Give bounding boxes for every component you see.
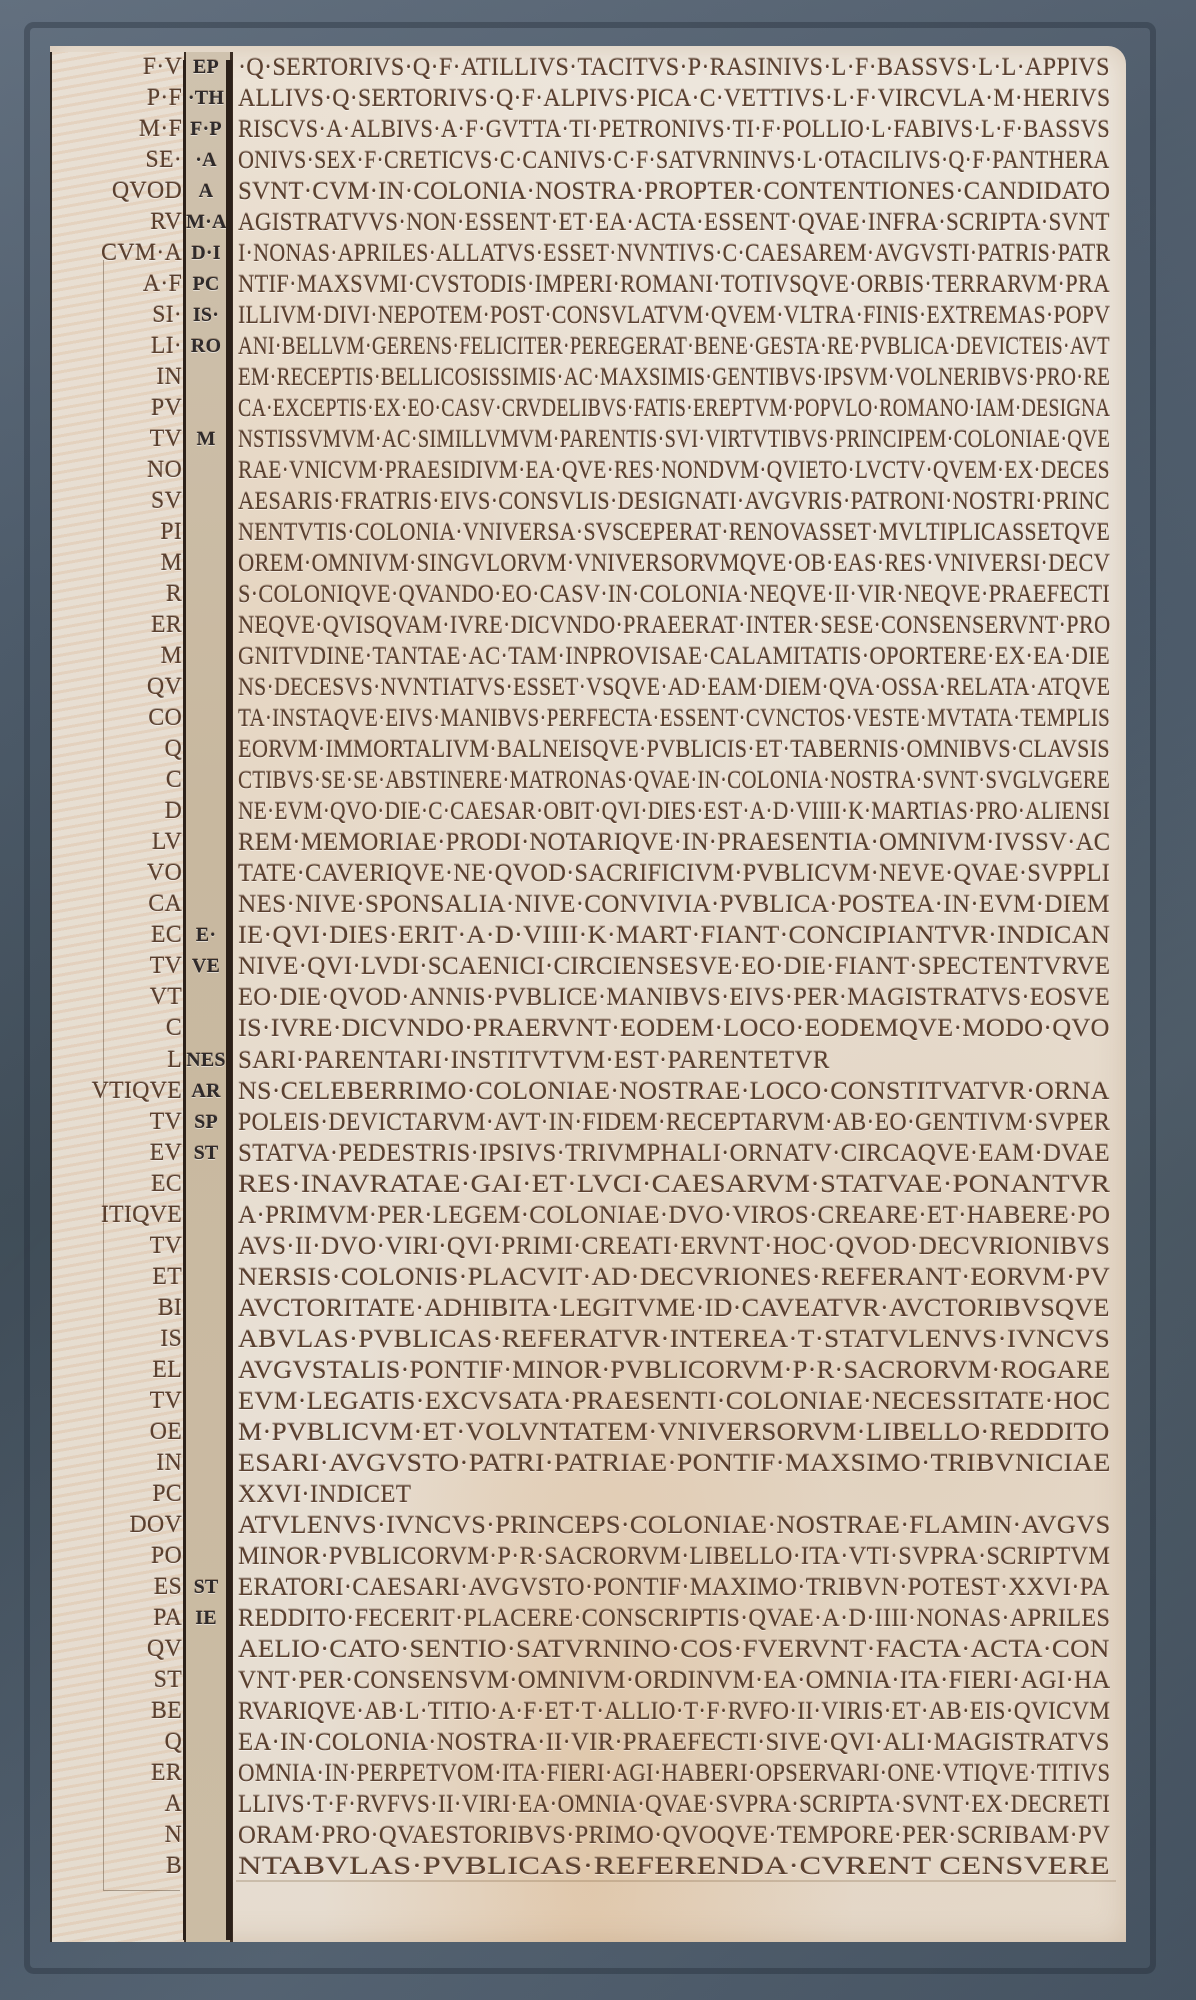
inscription-line [186,1386,226,1417]
inscription-line: AVCTORITATE·ADHIBITA·LEGITVME·ID·CAVEATV… [238,1293,1163,1324]
inscription-line [186,1324,226,1355]
inscription-body: ·Q·SERTORIVS·Q·F·ATILLIVS·TACITVS·P·RASI… [238,52,1118,1882]
inscription-line: SVNT·CVM·IN·COLONIA·NOSTRA·PROPTER·CONTE… [238,176,1114,207]
inscription-line: CVM·A [62,238,182,269]
inscription-line [186,1013,226,1044]
inscription-line: REDDITO·FECERIT·PLACERE·CONSCRIPTIS·QVAE… [238,1603,1098,1634]
inscription-line: ERATORI·CAESARI·AVGVSTO·PONTIF·MAXIMO·TR… [238,1572,1112,1603]
inscription-line: P·F [62,83,182,114]
inscription-line: A·F [62,269,182,300]
inscription-line: ST [186,1138,226,1169]
inscription-line: PI [62,517,182,548]
inscription-line: TV [62,1231,182,1262]
inscription-line [186,889,226,920]
inscription-line: AGISTRATVVS·NON·ESSENT·ET·EA·ACTA·ESSENT… [238,207,1053,238]
inscription-line: OE [62,1417,182,1448]
inscription-line: TATE·CAVERIQVE·NE·QVOD·SACRIFICIVM·PVBLI… [238,858,1099,889]
inscription-line: EC [62,920,182,951]
inscription-line: RAE·VNICVM·PRAESIDIVM·EA·QVE·RES·NONDVM·… [238,455,996,486]
inscription-line: TV [62,1386,182,1417]
inscription-line: EVM·LEGATIS·EXCVSATA·PRAESENTI·COLONIAE·… [238,1386,1172,1417]
inscription-line: AR [186,1076,226,1107]
inscription-line: D [62,796,182,827]
inscription-line: C [62,765,182,796]
inscription-line [186,1169,226,1200]
inscription-line: R [62,579,182,610]
inscription-line: NIVE·QVI·LVDI·SCAENICI·CIRCIENSESVE·EO·D… [238,951,1120,982]
inscription-line: NE·EVM·QVO·DIE·C·CAESAR·OBIT·QVI·DIES·ES… [238,796,996,827]
inscription-line: NTABVLAS·PVBLICAS·REFERENDA·CVRENT CENSV… [238,1851,1196,1882]
inscription-line [186,517,226,548]
inscription-line: LV [62,827,182,858]
inscription-line: Q [62,1727,182,1758]
inscription-line: REM·MEMORIAE·PRODI·NOTARIQVE·IN·PRAESENT… [238,827,1110,858]
bottom-ruled-line [236,1880,1116,1882]
inscription-line [186,610,226,641]
inscription-line: PC [62,1479,182,1510]
inscription-line [186,641,226,672]
inscription-line: NS·DECESVS·NVNTIATVS·ESSET·VSQVE·AD·EAM·… [238,672,1012,703]
inscription-line [186,1262,226,1293]
inscription-line: AESARIS·FRATRIS·EIVS·CONSVLIS·DESIGNATI·… [238,486,1031,517]
strip-text: EP·THF·P·AAM·AD·IPCIS·ROME·VENESARSPSTST… [186,52,226,1634]
inscription-line: M [62,641,182,672]
inscription-line: RES·INAVRATAE·GAI·ET·LVCI·CAESARVM·STATV… [238,1169,1196,1200]
inscription-line [186,455,226,486]
inscription-line: NENTVTIS·COLONIA·VNIVERSA·SVSCEPERAT·REN… [238,517,1015,548]
inscription-line: F·P [186,114,226,145]
inscription-line: IS·IVRE·DICVNDO·PRAERVNT·EODEM·LOCO·EODE… [238,1013,1161,1044]
inscription-line: IS [62,1324,182,1355]
inscription-line [186,858,226,889]
inscription-line: M·F [62,114,182,145]
inscription-line: AVS·II·DVO·VIRI·QVI·PRIMI·CREATI·ERVNT·H… [238,1231,1132,1262]
inscription-line [186,1448,226,1479]
inscription-line: VE [186,951,226,982]
inscription-line: ER [62,1758,182,1789]
inscription-line: NTIF·MAXSVMI·CVSTODIS·IMPERI·ROMANI·TOTI… [238,269,1035,300]
inscription-line: PC [186,269,226,300]
inscription-line: ET [62,1262,182,1293]
inscription-line [186,1510,226,1541]
inscription-line [186,796,226,827]
inscription-line: EA·IN·COLONIA·NOSTRA·II·VIR·PRAEFECTI·SI… [238,1727,1112,1758]
inscription-line: EORVM·IMMORTALIVM·BALNEISQVE·PVBLICIS·ET… [238,734,1024,765]
inscription-line: D·I [186,238,226,269]
inscription-line: NSTISSVMVM·AC·SIMILLVMVM·PARENTIS·SVI·VI… [238,424,963,455]
inscription-line: ALLIVS·Q·SERTORIVS·Q·F·ALPIVS·PICA·C·VET… [238,83,1079,114]
inscription-line: DOV [62,1510,182,1541]
inscription-line: STATVA·PEDESTRIS·IPSIVS·TRIVMPHALI·ORNAT… [238,1138,1117,1169]
inscription-line: ABVLAS·PVBLICAS·REFERATVR·INTEREA·T·STAT… [238,1324,1196,1355]
inscription-line: AELIO·CATO·SENTIO·SATVRNINO·COS·FVERVNT·… [238,1634,1189,1665]
inscription-line: L [62,1045,182,1076]
inscription-line: POLEIS·DEVICTARVM·AVT·IN·FIDEM·RECEPTARV… [238,1107,1079,1138]
inscription-line: NES·NIVE·SPONSALIA·NIVE·CONVIVIA·PVBLICA… [238,889,1128,920]
inscription-line: AVGVSTALIS·PONTIF·MINOR·PVBLICORVM·P·R·S… [238,1355,1168,1386]
left-fragment-text: F·VP·FM·FSE·QVODRVCVM·AA·FSI·LI·INPVTVNO… [62,52,182,1882]
inscription-line: ATVLENVS·IVNCVS·PRINCEPS·COLONIAE·NOSTRA… [238,1510,1173,1541]
inscription-line: ST [62,1665,182,1696]
inscription-line: BI [62,1293,182,1324]
inscription-line: CTIBVS·SE·SE·ABSTINERE·MATRONAS·QVAE·IN·… [238,765,979,796]
crack-line [226,60,232,1940]
inscription-line [186,1293,226,1324]
inscription-line: BE [62,1696,182,1727]
inscription-line: OREM·OMNIVM·SINGVLORVM·VNIVERSORVMQVE·OB… [238,548,1031,579]
inscription-line: S·COLONIQVE·QVANDO·EO·CASV·IN·COLONIA·NE… [238,579,1028,610]
inscription-line: N [62,1820,182,1851]
inscription-line: F·V [62,52,182,83]
inscription-line: CA [62,889,182,920]
inscription-line: SP [186,1107,226,1138]
inscription-line [186,734,226,765]
inscription-line: ES [62,1572,182,1603]
inscription-line: RISCVS·A·ALBIVS·A·F·GVTTA·TI·PETRONIVS·T… [238,114,1035,145]
inscription-line: SI· [62,300,182,331]
inscription-line: TV [62,424,182,455]
inscription-line: CO [62,703,182,734]
inscription-line: NES [186,1045,226,1076]
inscription-line [186,1417,226,1448]
inscription-line: EC [62,1169,182,1200]
inscription-line: ·Q·SERTORIVS·Q·F·ATILLIVS·TACITVS·P·RASI… [238,52,1093,83]
inscription-line: IE·QVI·DIES·ERIT·A·D·VIIII·K·MART·FIANT·… [238,920,1169,951]
inscription-line: IS· [186,300,226,331]
inscription-line: VT [62,982,182,1013]
inscription-line: LI· [62,331,182,362]
inscription-line: ANI·BELLVM·GERENS·FELICITER·PEREGERAT·BE… [238,331,957,362]
inscription-line: QV [62,672,182,703]
inscription-line: RVARIQVE·AB·L·TITIO·A·F·ET·T·ALLIO·T·F·R… [238,1696,1066,1727]
inscription-line: RO [186,331,226,362]
inscription-line: EL [62,1355,182,1386]
inscription-line: PO [62,1541,182,1572]
inscription-line: VNT·PER·CONSENSVM·OMNIVM·ORDINVM·EA·OMNI… [238,1665,1117,1696]
inscription-line [186,672,226,703]
inscription-line: NEQVE·QVISQVAM·IVRE·DICVNDO·PRAEERAT·INT… [238,610,1028,641]
inscription-line: OMNIA·IN·PERPETVOM·ITA·FIERI·AGI·HABERI·… [238,1758,1043,1789]
inscription-line: VTIQVE [62,1076,182,1107]
inscription-line: M·PVBLICVM·ET·VOLVNTATEM·VNIVERSORVM·LIB… [238,1417,1192,1448]
inscription-line: C [62,1013,182,1044]
inscription-line: GNITVDINE·TANTAE·AC·TAM·INPROVISAE·CALAM… [238,641,1038,672]
inscription-line: A [186,176,226,207]
inscription-line: B [62,1851,182,1882]
inscription-line: SARI·PARENTARI·INSTITVTVM·EST·PARENTETVR [238,1045,1118,1076]
inscription-line [186,579,226,610]
inscription-line: A·PRIMVM·PER·LEGEM·COLONIAE·DVO·VIROS·CR… [238,1200,1126,1231]
inscription-line [186,1200,226,1231]
inscription-line: E· [186,920,226,951]
inscription-line: NERSIS·COLONIS·PLACVIT·AD·DECVRIONES·REF… [238,1262,1182,1293]
inscription-line [186,393,226,424]
inscription-line: I·NONAS·APRILES·ALLATVS·ESSET·NVNTIVS·C·… [238,238,1016,269]
inscription-line: ·TH [186,83,226,114]
inscription-line [186,486,226,517]
inscription-line: QVOD [62,176,182,207]
inscription-line [186,548,226,579]
inscription-line: M [62,548,182,579]
inscription-line: PA [62,1603,182,1634]
inscription-line: NS·CELEBERRIMO·COLONIAE·NOSTRAE·LOCO·CON… [238,1076,1155,1107]
inscription-line [186,827,226,858]
inscription-line [186,703,226,734]
inscription-line: EV [62,1138,182,1169]
inscription-line: TV [62,951,182,982]
inscription-line: LLIVS·T·F·RVFVS·II·VIRI·EA·OMNIA·QVAE·SV… [238,1789,1056,1820]
inscription-line: MINOR·PVBLICORVM·P·R·SACRORVM·LIBELLO·IT… [238,1541,1098,1572]
inscription-line: Q [62,734,182,765]
inscription-line: TV [62,1107,182,1138]
inscription-line: PV [62,393,182,424]
inscription-line: EO·DIE·QVOD·ANNIS·PVBLICE·MANIBVS·EIVS·P… [238,982,1103,1013]
inscription-line: IE [186,1603,226,1634]
inscription-line: RV [62,207,182,238]
inscription-line: ITIQVE [62,1200,182,1231]
inscription-line: M [186,424,226,455]
inscription-line: ORAM·PRO·QVAESTORIBVS·PRIMO·QVOQVE·TEMPO… [238,1820,1110,1851]
inscription-line: EP [186,52,226,83]
inscription-line: ·A [186,145,226,176]
inscription-line: CA·EXCEPTIS·EX·EO·CASV·CRVDELIBVS·FATIS·… [238,393,939,424]
inscription-line: ESARI·AVGVSTO·PATRI·PATRIAE·PONTIF·MAXSI… [238,1448,1196,1479]
inscription-line: ER [62,610,182,641]
inscription-line [186,362,226,393]
inscription-line [186,982,226,1013]
inscription-line: ST [186,1572,226,1603]
inscription-line [186,1541,226,1572]
inscription-line: QV [62,1634,182,1665]
inscription-line: SE· [62,145,182,176]
inscription-line: NO [62,455,182,486]
inscription-line: EM·RECEPTIS·BELLICOSISSIMIS·AC·MAXSIMIS·… [238,362,970,393]
inscription-line: TA·INSTAQVE·EIVS·MANIBVS·PERFECTA·ESSENT… [238,703,985,734]
inscription-line: XXVI·INDICET [238,1479,1118,1510]
inscription-line: VO [62,858,182,889]
inscription-line [186,1479,226,1510]
inscription-line [186,765,226,796]
inscription-line: M·A [186,207,226,238]
inscription-line: SV [62,486,182,517]
inscription-line: IN [62,1448,182,1479]
inscription-line: A [62,1789,182,1820]
inscription-line [186,1355,226,1386]
inscription-line: ILLIVM·DIVI·NEPOTEM·POST·CONSVLATVM·QVEM… [238,300,1010,331]
inscription-line: ONIVS·SEX·F·CRETICVS·C·CANIVS·C·F·SATVRN… [238,145,1017,176]
inscription-line: IN [62,362,182,393]
inscription-line [186,1231,226,1262]
